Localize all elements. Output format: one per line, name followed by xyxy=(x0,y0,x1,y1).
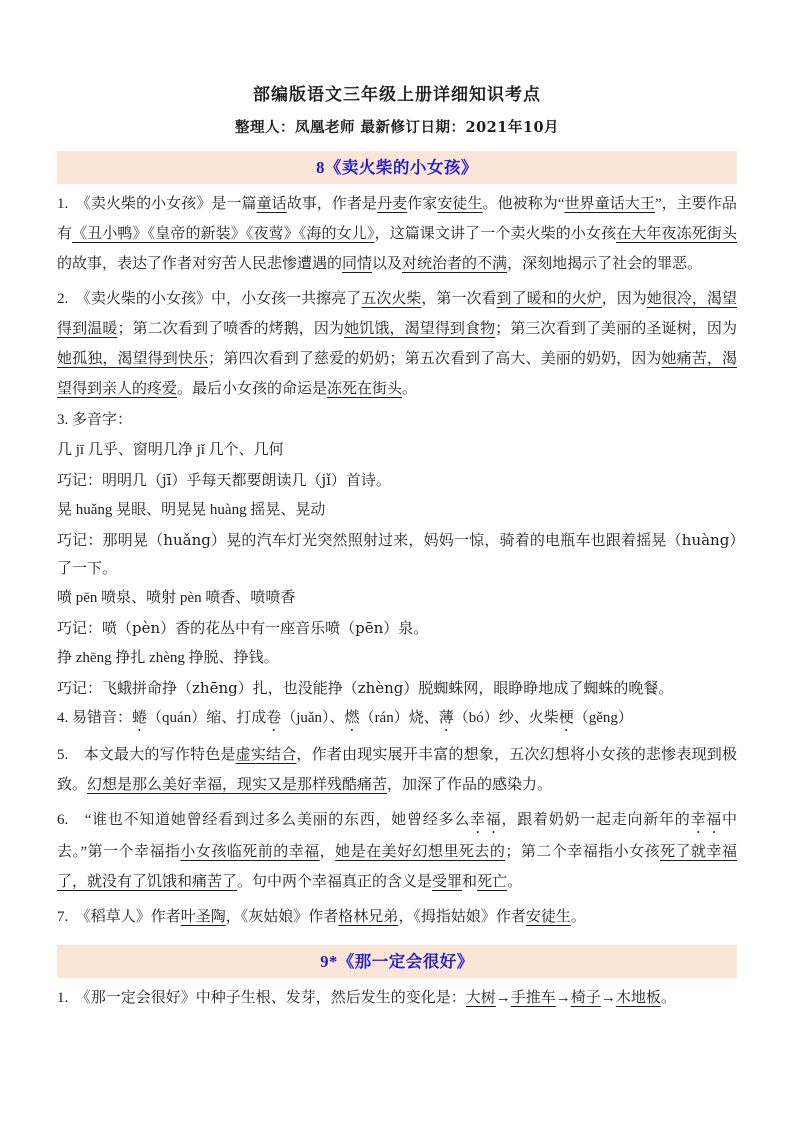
text-run: 的故事，表达了作者对穷苦人民悲惨遭遇的 xyxy=(57,256,342,272)
tip-line-ji: 巧记：明明几（jī）乎每天都要朗读几（jǐ）首诗。 xyxy=(57,466,737,494)
text-run: （juǎn）、 xyxy=(281,710,344,726)
text-run: （rán）烧、 xyxy=(360,710,439,726)
emphasized-char: 幸福 xyxy=(690,812,722,828)
underlined-term: 世界童话大王 xyxy=(565,196,655,212)
paragraph-lesson8-item1: 1. 《卖火柴的小女孩》是一篇童话故事，作者是丹麦作家安徒生。他被称为“世界童话… xyxy=(57,189,737,279)
underlined-term: 《丑小鸭》《皇帝的新装》《夜莺》《海的女儿》 xyxy=(72,226,374,242)
paragraph-lesson8-item7: 7. 《稻草人》作者叶圣陶，《灰姑娘》作者格林兄弟，《拇指姑娘》作者安徒生。 xyxy=(57,902,737,932)
text-run: ，因为 xyxy=(602,291,647,307)
text-run: （bó）纱、火柴 xyxy=(454,710,559,726)
text-run: ，《拇指姑娘》作者 xyxy=(398,909,526,925)
underlined-term: 冻死在街头 xyxy=(327,381,402,397)
text-run: 。 xyxy=(402,381,417,397)
section-heading-lesson9: 9*《那一定会很好》 xyxy=(57,945,737,978)
text-run: 5. 本文最大的写作特色是 xyxy=(57,747,236,763)
emphasized-char: 幸福 xyxy=(470,812,502,828)
text-run: （quán）缩、打成 xyxy=(147,710,266,726)
text-run: → xyxy=(601,990,616,1006)
text-run: ；第三次看到了美丽的圣诞树，因为 xyxy=(495,321,737,337)
text-run: ，第一次看 xyxy=(421,291,496,307)
text-run: → xyxy=(496,990,511,1006)
text-run: 和 xyxy=(462,874,477,890)
underlined-term: 椅子 xyxy=(571,990,601,1006)
underlined-term: 她孤独，渴望得到快乐 xyxy=(57,351,208,367)
paragraph-lesson8-item6: 6. “谁也不知道她曾经看到过多么美丽的东西，她曾经多么幸福，跟着奶奶一起走向新… xyxy=(57,805,737,897)
tip-line-huang: 巧记：那明晃（huǎng）晃的汽车灯光突然照射过来，妈妈一惊，骑着的电瓶车也跟着… xyxy=(57,526,737,582)
text-run: ，《灰姑娘》作者 xyxy=(226,909,339,925)
tip-line-pen: 巧记：喷（pèn）香的花丛中有一座音乐喷（pēn）泉。 xyxy=(57,614,737,642)
text-run: 。句中两个幸福真正的含义是 xyxy=(237,874,432,890)
underlined-term: 受罪 xyxy=(432,874,462,890)
pinyin-line-pen: 喷 pēn 喷泉、喷射 pèn 喷香、喷喷香 xyxy=(57,584,737,612)
underlined-term: 她是在美好幻想里死去的 xyxy=(335,844,505,860)
underlined-term: 她饥饿，渴望得到食物 xyxy=(344,321,495,337)
underlined-term: 幻想是那么美好幸福，现实又是那样残酷痛苦 xyxy=(87,777,387,793)
document-title: 部编版语文三年级上册详细知识考点 xyxy=(57,84,737,106)
duoyinzi-label: 3. 多音字： xyxy=(57,406,737,434)
underlined-term: 死亡 xyxy=(477,874,507,890)
underlined-term: 木地板 xyxy=(616,990,661,1006)
text-run: 作家 xyxy=(407,196,437,212)
text-run: 6. “谁也不知道她曾经看到过多么美丽的东西，她曾经多么 xyxy=(57,812,470,828)
underlined-term: 安徒生 xyxy=(526,909,571,925)
underlined-term: 到了暖和的火炉 xyxy=(497,291,602,307)
text-run: 。他被称为“ xyxy=(483,196,565,212)
text-run: ， xyxy=(320,844,335,860)
underlined-term: 对统治者的不满 xyxy=(402,256,507,272)
emphasized-char: 燃 xyxy=(345,710,360,726)
underlined-term: 手推车 xyxy=(511,990,556,1006)
underlined-term: 虚实结合 xyxy=(236,747,297,763)
text-run: 。最后小女孩的命运是 xyxy=(177,381,327,397)
text-run: ；第二个幸福指小女孩 xyxy=(505,844,660,860)
document-page: 部编版语文三年级上册详细知识考点 整理人：凤凰老师 最新修订日期：2021年10… xyxy=(0,0,793,1122)
underlined-term: 五次火柴 xyxy=(361,291,421,307)
underlined-term: 小女孩临死前的幸福 xyxy=(180,844,319,860)
paragraph-lesson8-item4: 4. 易错音：蜷（quán）缩、打成卷（juǎn）、燃（rán）烧、薄（bó）纱… xyxy=(57,704,737,735)
text-run: 7. 《稻草人》作者 xyxy=(57,909,181,925)
paragraph-lesson8-item2: 2. 《卖火柴的小女孩》中，小女孩一共擦亮了五次火柴，第一次看到了暖和的火炉，因… xyxy=(57,284,737,404)
text-run: 1. 《那一定会很好》中种子生根、发芽，然后发生的变化是： xyxy=(57,990,466,1006)
underlined-term: 同情 xyxy=(342,256,372,272)
emphasized-char: 梗 xyxy=(559,710,574,726)
pinyin-line-zheng: 挣 zhēng 挣扎 zhèng 挣脱、挣钱。 xyxy=(57,644,737,672)
text-run: 2. 《卖火柴的小女孩》中，小女孩一共擦亮了 xyxy=(57,291,361,307)
text-run: ，深刻地揭示了社会的罪恶。 xyxy=(507,256,702,272)
text-run: 故事，作者是 xyxy=(287,196,377,212)
text-run: ，这篇课文讲了一个卖火柴的小女孩 xyxy=(374,226,616,242)
text-run: ，加深了作品的感染力。 xyxy=(387,777,552,793)
text-run: 。 xyxy=(507,874,522,890)
text-run: → xyxy=(556,990,571,1006)
emphasized-char: 蜷 xyxy=(132,710,147,726)
paragraph-lesson9-item1: 1. 《那一定会很好》中种子生根、发芽，然后发生的变化是：大树→手推车→椅子→木… xyxy=(57,983,737,1013)
underlined-term: 大树 xyxy=(466,990,496,1006)
underlined-term: 丹麦 xyxy=(377,196,407,212)
text-run: 以及 xyxy=(372,256,402,272)
underlined-term: 在大年夜冻死街头 xyxy=(616,226,737,242)
text-run: ；第二次看到了喷香的烤鹅，因为 xyxy=(117,321,344,337)
text-run: ，跟着奶奶一起走向新年的 xyxy=(502,812,691,828)
text-run: 。 xyxy=(571,909,586,925)
underlined-term: 安徒生 xyxy=(437,196,482,212)
section-heading-lesson8: 8《卖火柴的小女孩》 xyxy=(57,151,737,184)
text-run: 4. 易错音： xyxy=(57,710,132,726)
pinyin-line-huang: 晃 huǎng 晃眼、明晃晃 huàng 摇晃、晃动 xyxy=(57,496,737,524)
emphasized-char: 薄 xyxy=(439,710,454,726)
document-subtitle: 整理人：凤凰老师 最新修订日期：2021年10月 xyxy=(57,118,737,138)
emphasized-char: 卷 xyxy=(266,710,281,726)
text-run: （gěng） xyxy=(574,710,633,726)
text-run: ；第四次看到了慈爱的奶奶；第五次看到了高大、美丽的奶奶，因为 xyxy=(208,351,661,367)
underlined-term: 童话 xyxy=(257,196,287,212)
tip-line-zheng: 巧记：飞蛾拼命挣（zhēng）扎，也没能挣（zhèng）脱蜘蛛网，眼睁睁地成了蜘… xyxy=(57,674,737,702)
text-run: 1. 《卖火柴的小女孩》是一篇 xyxy=(57,196,257,212)
pinyin-line-ji: 几 jī 几乎、窗明几净 jǐ 几个、几何 xyxy=(57,436,737,464)
underlined-term: 叶圣陶 xyxy=(181,909,226,925)
text-run: 。 xyxy=(661,990,676,1006)
underlined-term: 格林兄弟 xyxy=(338,909,398,925)
paragraph-lesson8-item5: 5. 本文最大的写作特色是虚实结合，作者由现实展开丰富的想象，五次幻想将小女孩的… xyxy=(57,740,737,800)
